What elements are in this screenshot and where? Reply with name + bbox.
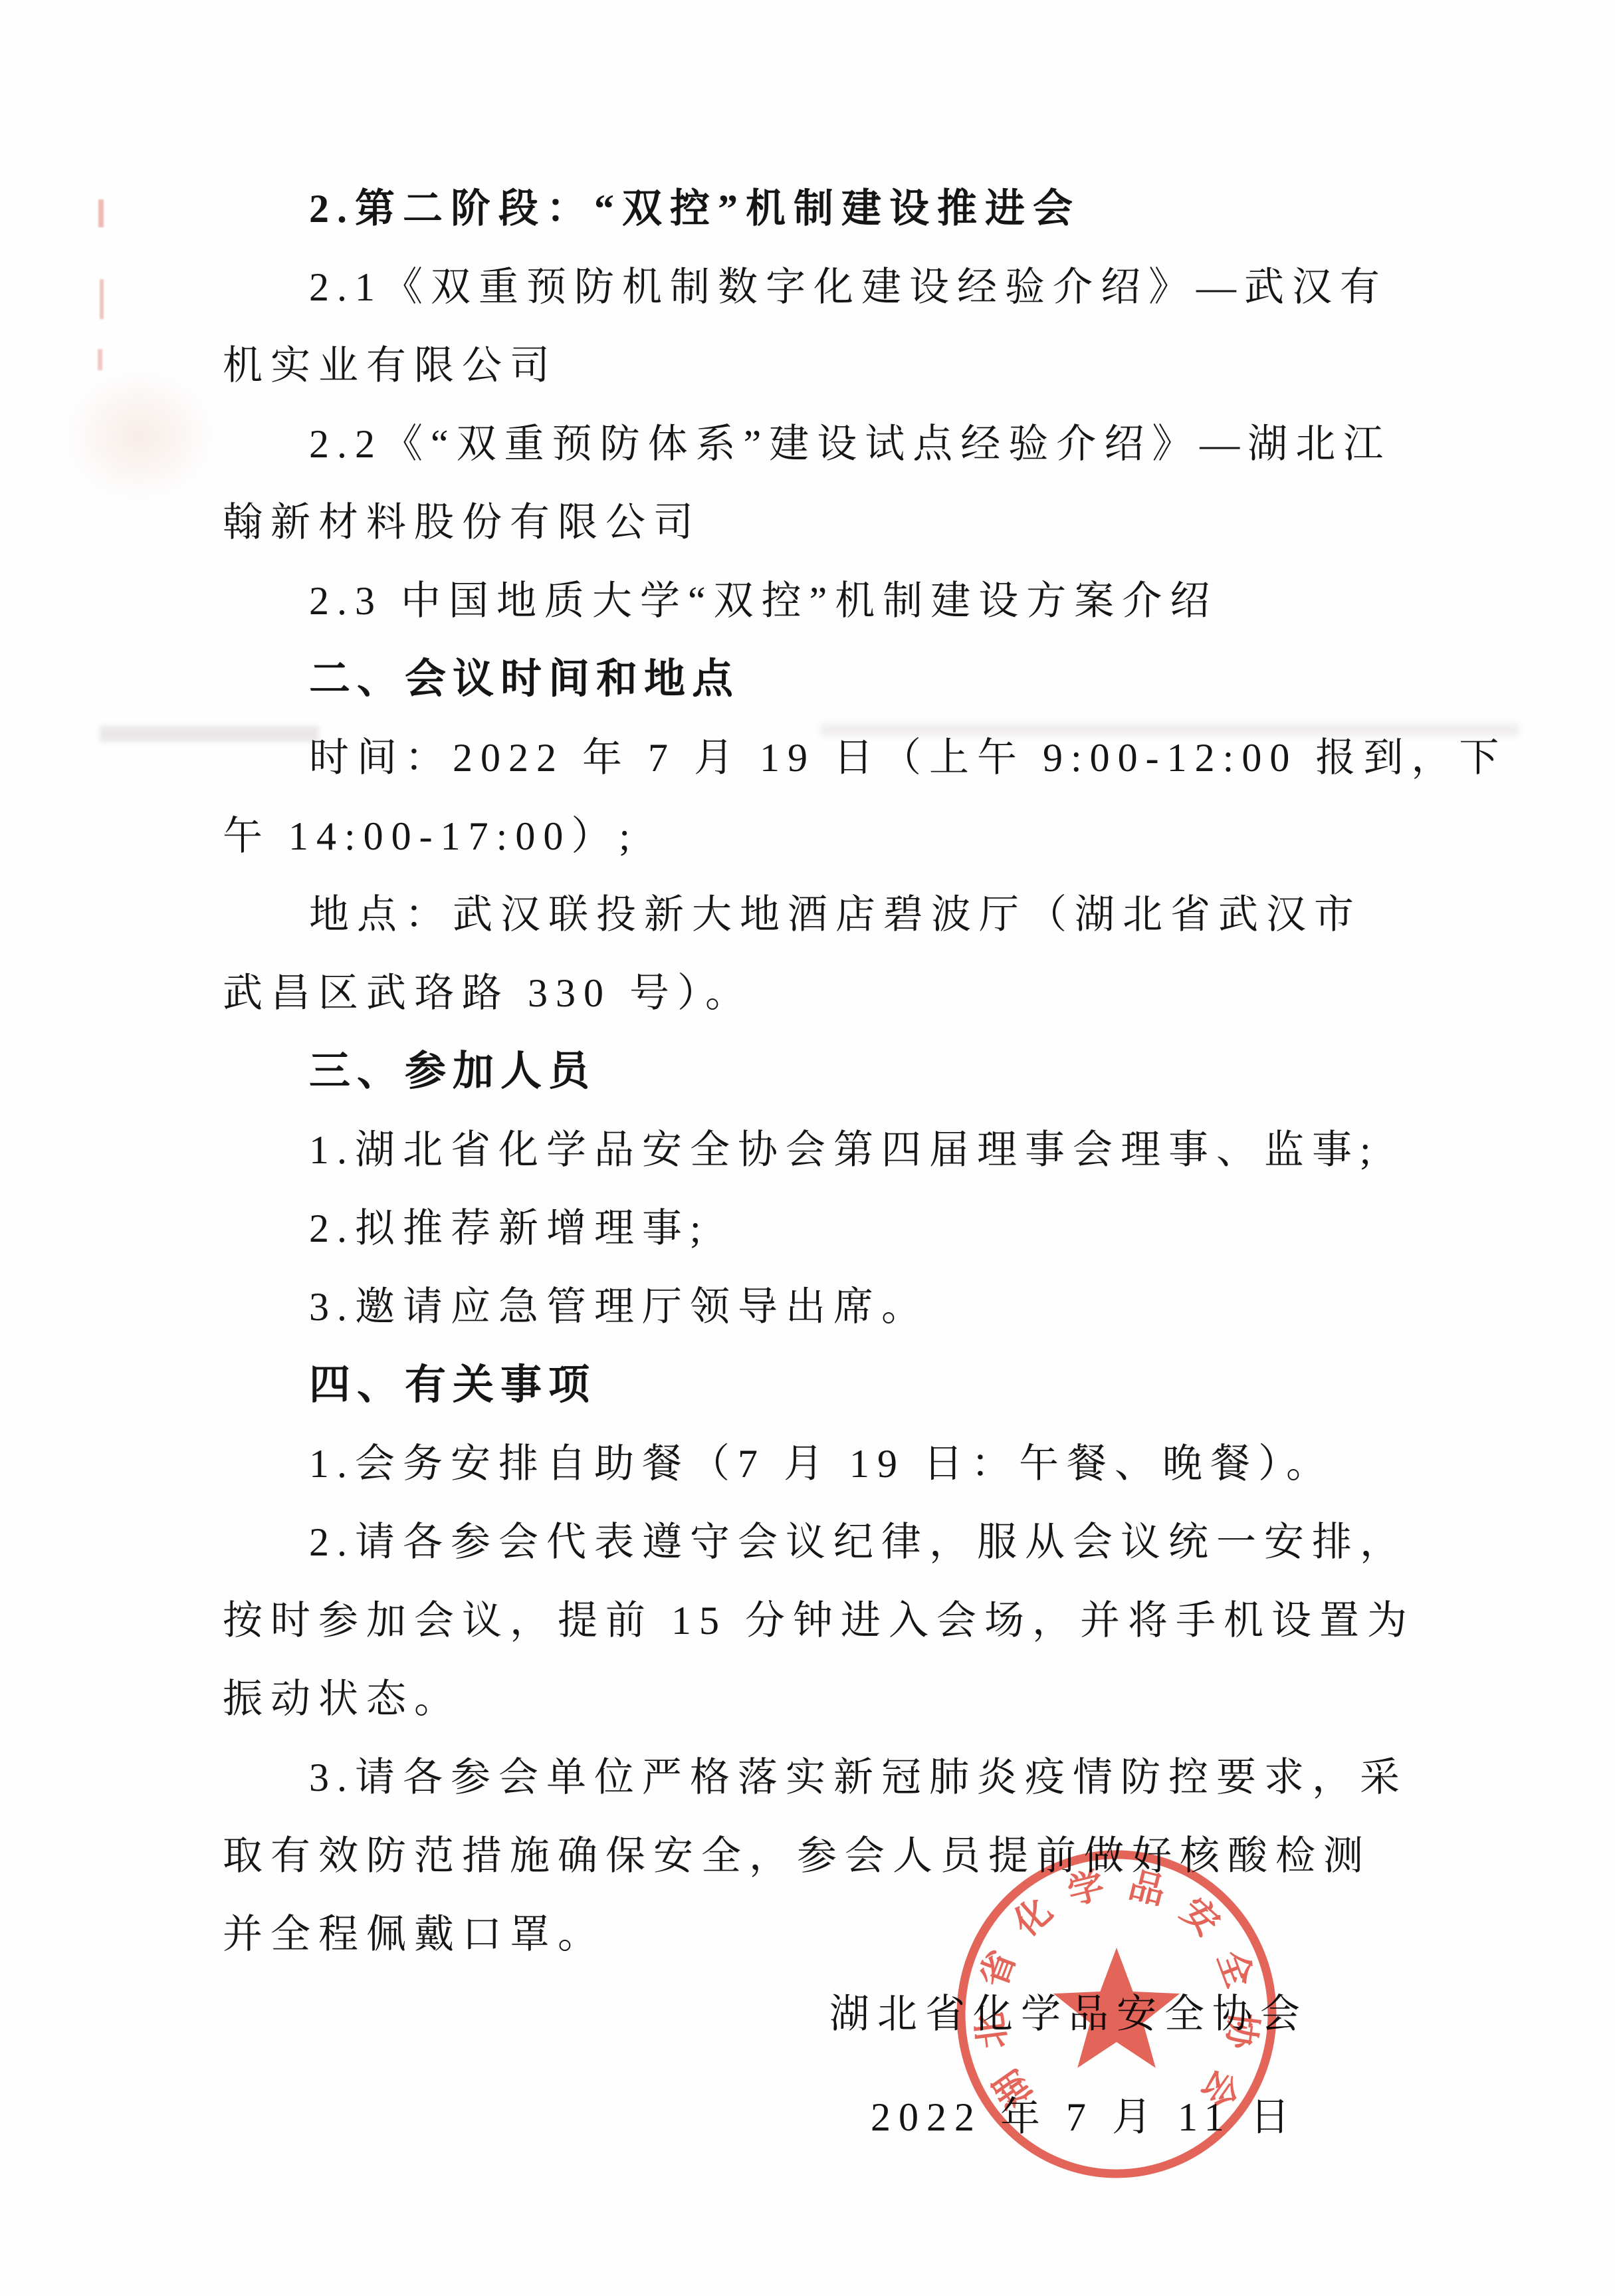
- text-line: 2.3 中国地质大学“双控”机制建设方案介绍: [223, 562, 1416, 640]
- text-line: 2.拟推荐新增理事;: [223, 1189, 1416, 1268]
- text-line: 1.湖北省化学品安全协会第四届理事会理事、监事;: [223, 1111, 1416, 1189]
- text-line: 地点：武汉联投新大地酒店碧波厅（湖北省武汉市: [223, 875, 1416, 954]
- text-line: 2.1《双重预防机制数字化建设经验介绍》—武汉有: [223, 248, 1416, 326]
- text-line: 翰新材料股份有限公司: [223, 483, 1416, 562]
- text-line: 午 14:00-17:00）;: [223, 797, 1416, 875]
- signature-org: 湖北省化学品安全协会: [829, 1984, 1308, 2044]
- text-line: 机实业有限公司: [223, 326, 1416, 405]
- text-line: 取有效防范措施确保安全，参会人员提前做好核酸检测: [223, 1817, 1416, 1895]
- text-line: 时间：2022 年 7 月 19 日（上午 9:00-12:00 报到，下: [223, 719, 1416, 797]
- text-line: 武昌区武珞路 330 号）。: [223, 954, 1416, 1032]
- text-line: 按时参加会议，提前 15 分钟进入会场，并将手机设置为: [223, 1581, 1416, 1660]
- scan-smudge: [98, 199, 104, 227]
- signature-date: 2022 年 7 月 11 日: [871, 2087, 1298, 2147]
- text-line: 并全程佩戴口罩。: [223, 1895, 1416, 1974]
- text-line: 3.邀请应急管理厅领导出席。: [223, 1268, 1416, 1346]
- scanned-document-page: 2.第二阶段：“双控”机制建设推进会2.1《双重预防机制数字化建设经验介绍》—武…: [0, 0, 1615, 2296]
- text-line: 振动状态。: [223, 1660, 1416, 1738]
- text-line: 2.请各参会代表遵守会议纪律，服从会议统一安排，: [223, 1503, 1416, 1581]
- scan-smudge: [98, 349, 102, 370]
- text-line: 3.请各参会单位严格落实新冠肺炎疫情防控要求，采: [223, 1738, 1416, 1817]
- scan-smudge: [100, 279, 104, 319]
- section-heading: 四、有关事项: [223, 1346, 1416, 1425]
- text-line: 2.第二阶段：“双控”机制建设推进会: [223, 170, 1416, 248]
- text-line: 1.会务安排自助餐（7 月 19 日：午餐、晚餐）。: [223, 1425, 1416, 1503]
- section-heading: 二、会议时间和地点: [223, 640, 1416, 719]
- document-body: 2.第二阶段：“双控”机制建设推进会2.1《双重预防机制数字化建设经验介绍》—武…: [223, 170, 1416, 1974]
- scan-smudge: [63, 369, 216, 502]
- section-heading: 三、参加人员: [223, 1032, 1416, 1111]
- text-line: 2.2《“双重预防体系”建设试点经验介绍》—湖北江: [223, 405, 1416, 483]
